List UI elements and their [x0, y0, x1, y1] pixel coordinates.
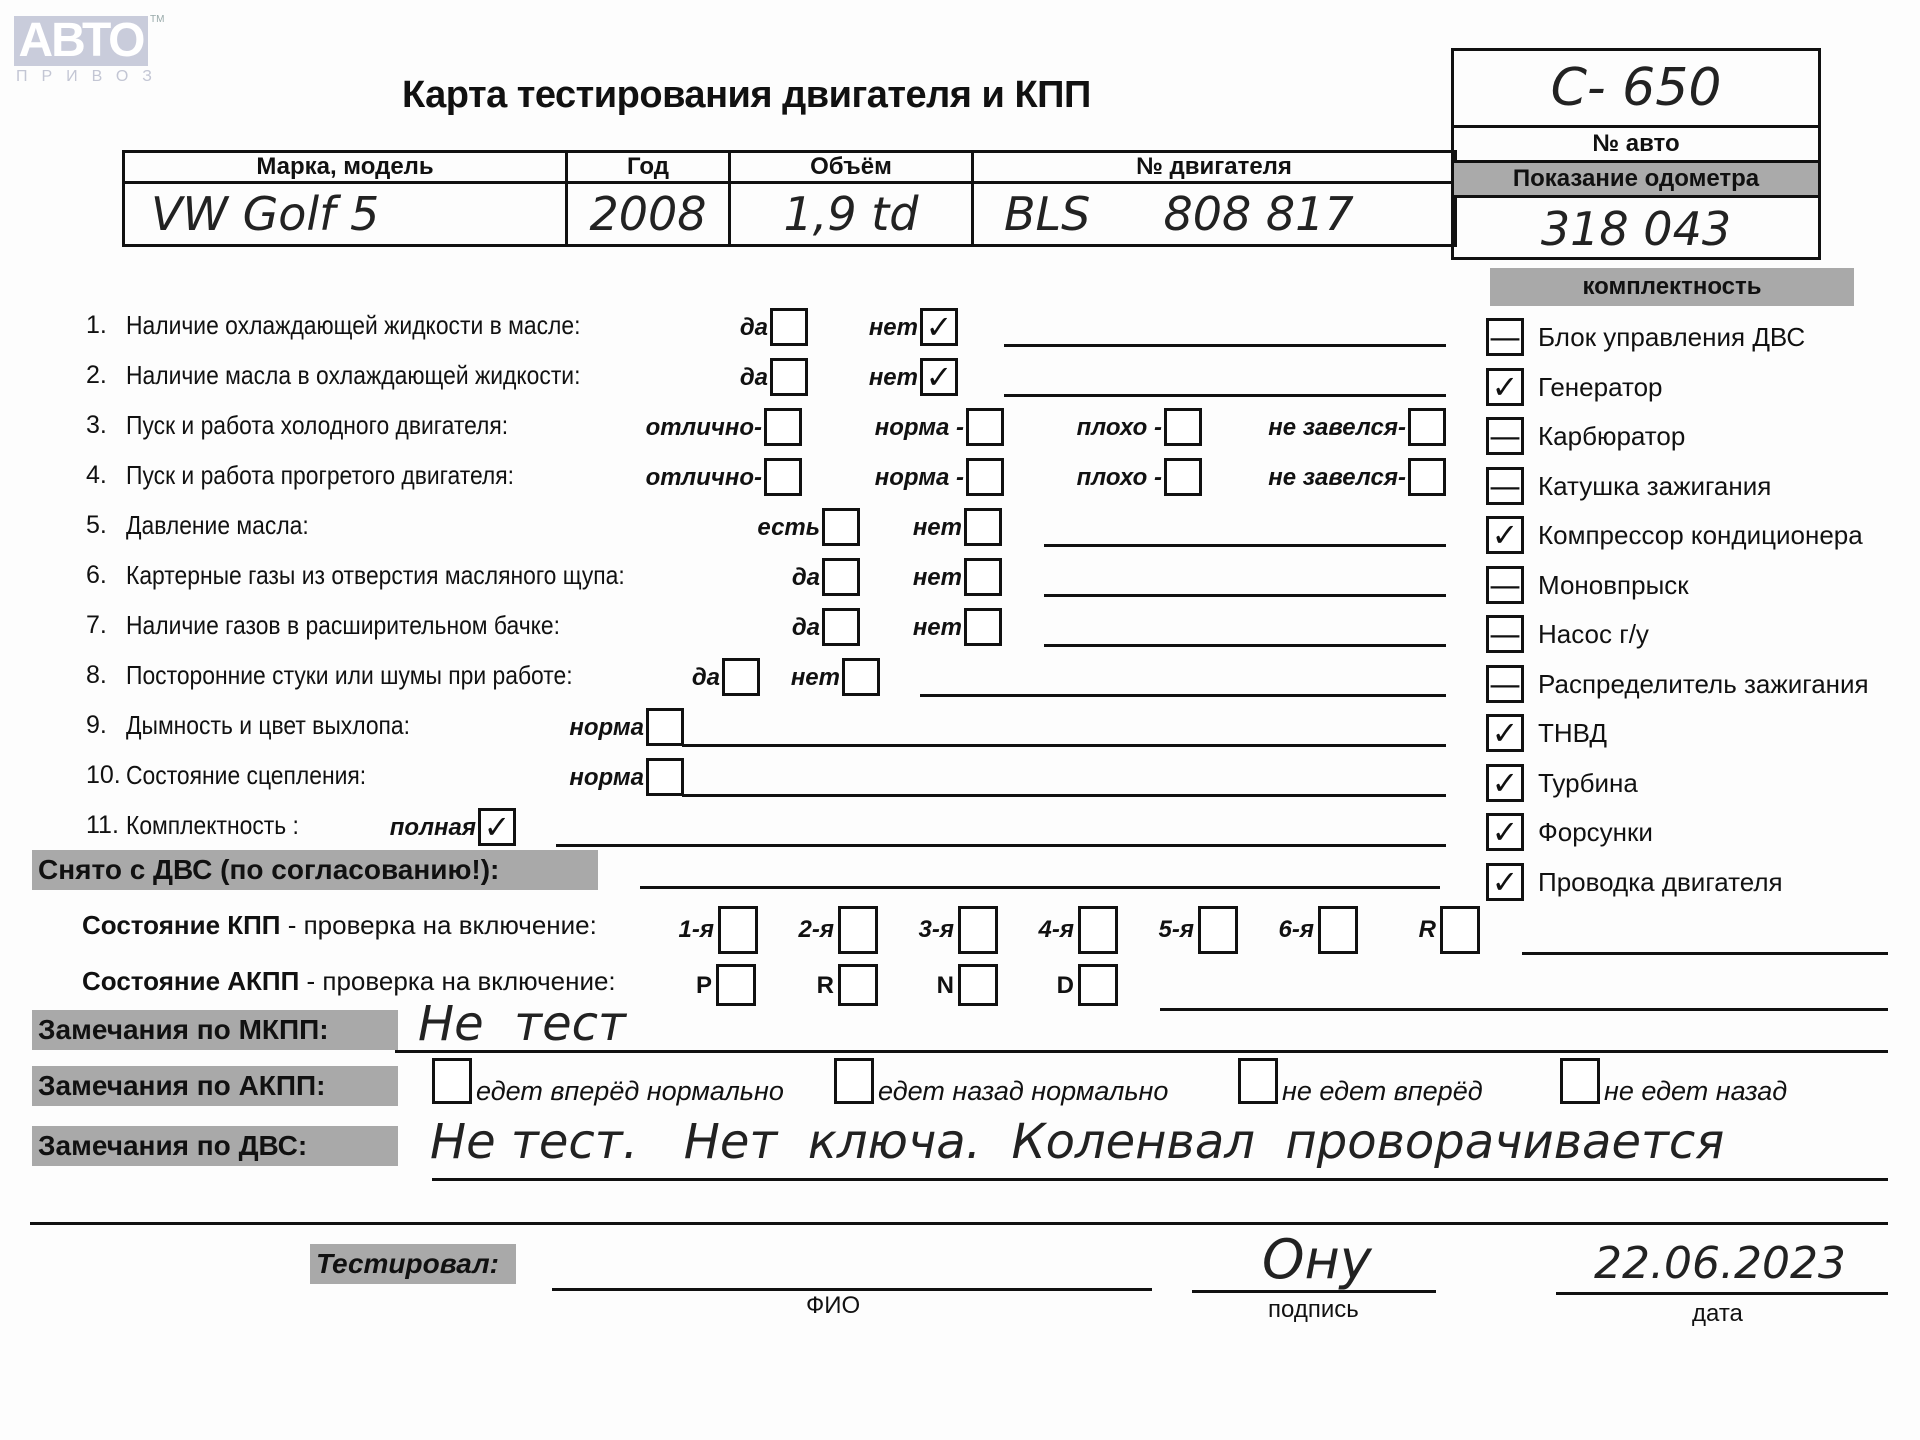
check-label: Комплектность :: [126, 810, 299, 841]
akpp-label-rest: - проверка на включение:: [299, 966, 615, 996]
option-label: норма -: [875, 464, 964, 492]
option-label: нет: [913, 614, 962, 642]
option-checkbox[interactable]: [764, 408, 802, 446]
komplekt-checkbox[interactable]: —: [1486, 665, 1524, 703]
check-number: 10.: [86, 761, 121, 790]
logo: АВТО: [14, 16, 148, 66]
komplekt-item-label: Катушка зажигания: [1538, 471, 1771, 502]
option-checkbox[interactable]: ✓: [920, 308, 958, 346]
option-label: полная: [390, 814, 476, 842]
option-checkbox[interactable]: [770, 358, 808, 396]
kpp-gear-label: 6-я: [1279, 916, 1314, 944]
kpp-label: Состояние КПП - проверка на включение:: [82, 910, 597, 941]
kpp-label-rest: - проверка на включение:: [281, 910, 597, 940]
option-checkbox[interactable]: [822, 558, 860, 596]
vehicle-header-table: Марка, модель Год Объём № двигателя VW G…: [122, 150, 1457, 247]
akpp-label: Состояние АКПП - проверка на включение:: [82, 966, 616, 997]
option-label: да: [740, 364, 768, 392]
kpp-note-line[interactable]: [1522, 952, 1888, 955]
check-note-line[interactable]: [1044, 594, 1446, 597]
option-checkbox[interactable]: [646, 708, 684, 746]
komplekt-item-label: Карбюратор: [1538, 421, 1685, 452]
akpp-remark-checkbox[interactable]: [834, 1058, 874, 1104]
option-label: не завелся-: [1268, 414, 1406, 442]
akpp-remark-label: едет вперёд нормально: [476, 1076, 784, 1107]
option-checkbox[interactable]: [964, 608, 1002, 646]
option-label: нет: [869, 314, 918, 342]
option-label: норма: [569, 764, 644, 792]
signature-field[interactable]: Ону: [1262, 1228, 1372, 1291]
check-number: 9.: [86, 711, 107, 740]
option-label: норма -: [875, 414, 964, 442]
option-label: нет: [913, 514, 962, 542]
mkpp-remarks-line: [395, 1050, 1888, 1053]
komplekt-item-label: Насос г/у: [1538, 619, 1649, 650]
option-label: да: [792, 614, 820, 642]
akpp-remark-checkbox[interactable]: [1238, 1058, 1278, 1104]
option-checkbox[interactable]: [964, 508, 1002, 546]
option-label: да: [792, 564, 820, 592]
akpp-mode-label: N: [937, 972, 954, 1000]
car-info-box: С- 650 № авто Показание одометра 318 043: [1451, 48, 1821, 260]
check-note-line[interactable]: [920, 694, 1446, 697]
option-checkbox[interactable]: [722, 658, 760, 696]
komplekt-checkbox[interactable]: ✓: [1486, 714, 1524, 752]
komplekt-checkbox[interactable]: —: [1486, 566, 1524, 604]
kpp-gear-label: 1-я: [679, 916, 714, 944]
kpp-gear-label: 4-я: [1039, 916, 1074, 944]
check-label: Наличие газов в расширительном бачке:: [126, 610, 560, 641]
logo-subtitle: ПРИВОЗ: [16, 68, 166, 86]
option-label: плохо -: [1077, 464, 1162, 492]
fio-label: ФИО: [806, 1292, 860, 1320]
check-note-line[interactable]: [1044, 644, 1446, 647]
check-note-line[interactable]: [556, 844, 1446, 847]
col-volume: Объём: [730, 152, 973, 183]
kpp-gear-checkbox[interactable]: [1318, 906, 1358, 954]
check-number: 6.: [86, 561, 107, 590]
option-checkbox[interactable]: [822, 508, 860, 546]
akpp-mode-checkbox[interactable]: [1078, 964, 1118, 1006]
check-note-line[interactable]: [682, 744, 1446, 747]
akpp-remark-label: не едет вперёд: [1282, 1076, 1483, 1107]
akpp-remark-checkbox[interactable]: [432, 1058, 472, 1104]
komplekt-item-label: Блок управления ДВС: [1538, 322, 1805, 353]
kpp-gear-checkbox[interactable]: [1078, 906, 1118, 954]
dvs-remarks-label: Замечания по ДВС:: [32, 1126, 398, 1166]
dvs-remarks-line: [432, 1178, 1888, 1181]
komplekt-item-label: Турбина: [1538, 768, 1638, 799]
year-field[interactable]: 2008: [567, 183, 730, 246]
option-checkbox[interactable]: [822, 608, 860, 646]
komplekt-checkbox[interactable]: —: [1486, 467, 1524, 505]
akpp-mode-checkbox[interactable]: [838, 964, 878, 1006]
akpp-mode-checkbox[interactable]: [716, 964, 756, 1006]
check-label: Давление масла:: [126, 510, 309, 541]
komplekt-checkbox[interactable]: ✓: [1486, 764, 1524, 802]
footer-divider: [30, 1222, 1888, 1225]
option-label: отлично-: [646, 414, 762, 442]
plate-field[interactable]: С- 650: [1454, 51, 1818, 128]
komplekt-item-label: Генератор: [1538, 372, 1663, 403]
check-label: Дымность и цвет выхлопа:: [126, 710, 410, 741]
option-checkbox[interactable]: [966, 458, 1004, 496]
akpp-note-line[interactable]: [1160, 1008, 1888, 1011]
akpp-mode-label: D: [1057, 972, 1074, 1000]
tested-by-label: Тестировал:: [310, 1244, 516, 1284]
option-checkbox[interactable]: [1408, 458, 1446, 496]
check-note-line[interactable]: [1004, 344, 1446, 347]
option-label: нет: [869, 364, 918, 392]
komplekt-checkbox[interactable]: ✓: [1486, 813, 1524, 851]
akpp-label-bold: Состояние АКПП: [82, 966, 299, 996]
volume-field[interactable]: 1,9 td: [730, 183, 973, 246]
option-checkbox[interactable]: [966, 408, 1004, 446]
date-line: [1556, 1292, 1888, 1295]
check-note-line[interactable]: [682, 794, 1446, 797]
check-number: 2.: [86, 361, 107, 390]
date-label: дата: [1692, 1300, 1743, 1328]
kpp-gear-checkbox[interactable]: [838, 906, 878, 954]
check-number: 4.: [86, 461, 107, 490]
komplekt-checkbox[interactable]: —: [1486, 615, 1524, 653]
check-number: 3.: [86, 411, 107, 440]
fio-line[interactable]: [552, 1288, 1152, 1291]
akpp-remark-label: едет назад нормально: [878, 1076, 1168, 1107]
date-field[interactable]: 22.06.2023: [1594, 1238, 1846, 1289]
option-checkbox[interactable]: [1164, 458, 1202, 496]
col-make-model: Марка, модель: [124, 152, 567, 183]
option-label: не завелся-: [1268, 464, 1406, 492]
kpp-gear-label: 3-я: [919, 916, 954, 944]
plate-label: № авто: [1454, 128, 1818, 163]
kpp-label-bold: Состояние КПП: [82, 910, 281, 940]
option-checkbox[interactable]: ✓: [920, 358, 958, 396]
akpp-mode-label: R: [817, 972, 834, 1000]
option-label: нет: [791, 664, 840, 692]
option-checkbox[interactable]: [764, 458, 802, 496]
signature-line: [1192, 1290, 1436, 1293]
kpp-gear-checkbox[interactable]: [1198, 906, 1238, 954]
kpp-gear-label: 2-я: [799, 916, 834, 944]
kpp-gear-checkbox[interactable]: [1440, 906, 1480, 954]
komplekt-checkbox[interactable]: ✓: [1486, 516, 1524, 554]
akpp-mode-label: P: [696, 972, 712, 1000]
check-label: Посторонние стуки или шумы при работе:: [126, 660, 573, 691]
komplekt-heading: комплектность: [1490, 268, 1854, 306]
odometer-field[interactable]: 318 043: [1454, 198, 1818, 260]
komplekt-item-label: Компрессор кондиционера: [1538, 520, 1863, 551]
komplekt-checkbox[interactable]: —: [1486, 417, 1524, 455]
option-checkbox[interactable]: [646, 758, 684, 796]
komplekt-item-label: Моновпрыск: [1538, 570, 1689, 601]
check-note-line[interactable]: [1004, 394, 1446, 397]
option-checkbox[interactable]: [1164, 408, 1202, 446]
komplekt-item-label: Проводка двигателя: [1538, 867, 1783, 898]
kpp-gear-checkbox[interactable]: [958, 906, 998, 954]
option-label: норма: [569, 714, 644, 742]
signature-label: подпись: [1268, 1296, 1359, 1324]
make-model-field[interactable]: VW Golf 5: [124, 183, 567, 246]
check-number: 7.: [86, 611, 107, 640]
removed-field[interactable]: [640, 886, 1440, 889]
akpp-remark-label: не едет назад: [1604, 1076, 1787, 1107]
check-label: Наличие охлаждающей жидкости в масле:: [126, 310, 580, 341]
check-label: Состояние сцепления:: [126, 760, 366, 791]
check-number: 5.: [86, 511, 107, 540]
check-number: 11.: [86, 811, 119, 840]
check-number: 8.: [86, 661, 107, 690]
option-label: да: [692, 664, 720, 692]
page-title: Карта тестирования двигателя и КПП: [402, 74, 1091, 117]
option-label: да: [740, 314, 768, 342]
kpp-gear-checkbox[interactable]: [718, 906, 758, 954]
option-checkbox[interactable]: [964, 558, 1002, 596]
check-label: Пуск и работа прогретого двигателя:: [126, 460, 514, 491]
option-label: плохо -: [1077, 414, 1162, 442]
odometer-label: Показание одометра: [1454, 163, 1818, 198]
option-label: отлично-: [646, 464, 762, 492]
kpp-gear-label: R: [1419, 916, 1436, 944]
logo-trademark: TM: [150, 14, 164, 25]
option-checkbox[interactable]: ✓: [478, 808, 516, 846]
option-checkbox[interactable]: [770, 308, 808, 346]
check-number: 1.: [86, 311, 107, 340]
check-label: Пуск и работа холодного двигателя:: [126, 410, 508, 441]
engine-number-field[interactable]: BLS 808 817: [973, 183, 1456, 246]
check-label: Наличие масла в охлаждающей жидкости:: [126, 360, 580, 391]
komplekt-checkbox[interactable]: ✓: [1486, 863, 1524, 901]
komplekt-item-label: ТНВД: [1538, 718, 1607, 749]
col-year: Год: [567, 152, 730, 183]
akpp-mode-checkbox[interactable]: [958, 964, 998, 1006]
option-label: есть: [757, 514, 820, 542]
mkpp-remarks-label: Замечания по МКПП:: [32, 1010, 398, 1050]
dvs-remarks-field[interactable]: Не тест. Нет ключа. Коленвал проворачива…: [430, 1114, 1724, 1170]
komplekt-item-label: Форсунки: [1538, 817, 1653, 848]
option-checkbox[interactable]: [842, 658, 880, 696]
col-engine-no: № двигателя: [973, 152, 1456, 183]
check-note-line[interactable]: [1044, 544, 1446, 547]
komplekt-item-label: Распределитель зажигания: [1538, 669, 1869, 700]
komplekt-checkbox[interactable]: —: [1486, 318, 1524, 356]
option-checkbox[interactable]: [1408, 408, 1446, 446]
removed-label: Снято с ДВС (по согласованию!):: [32, 850, 598, 890]
mkpp-remarks-field[interactable]: Не тест: [418, 996, 626, 1052]
akpp-remark-checkbox[interactable]: [1560, 1058, 1600, 1104]
komplekt-checkbox[interactable]: ✓: [1486, 368, 1524, 406]
option-label: нет: [913, 564, 962, 592]
check-label: Картерные газы из отверстия масляного щу…: [126, 560, 625, 591]
akpp-remarks-label: Замечания по АКПП:: [32, 1066, 398, 1106]
kpp-gear-label: 5-я: [1159, 916, 1194, 944]
